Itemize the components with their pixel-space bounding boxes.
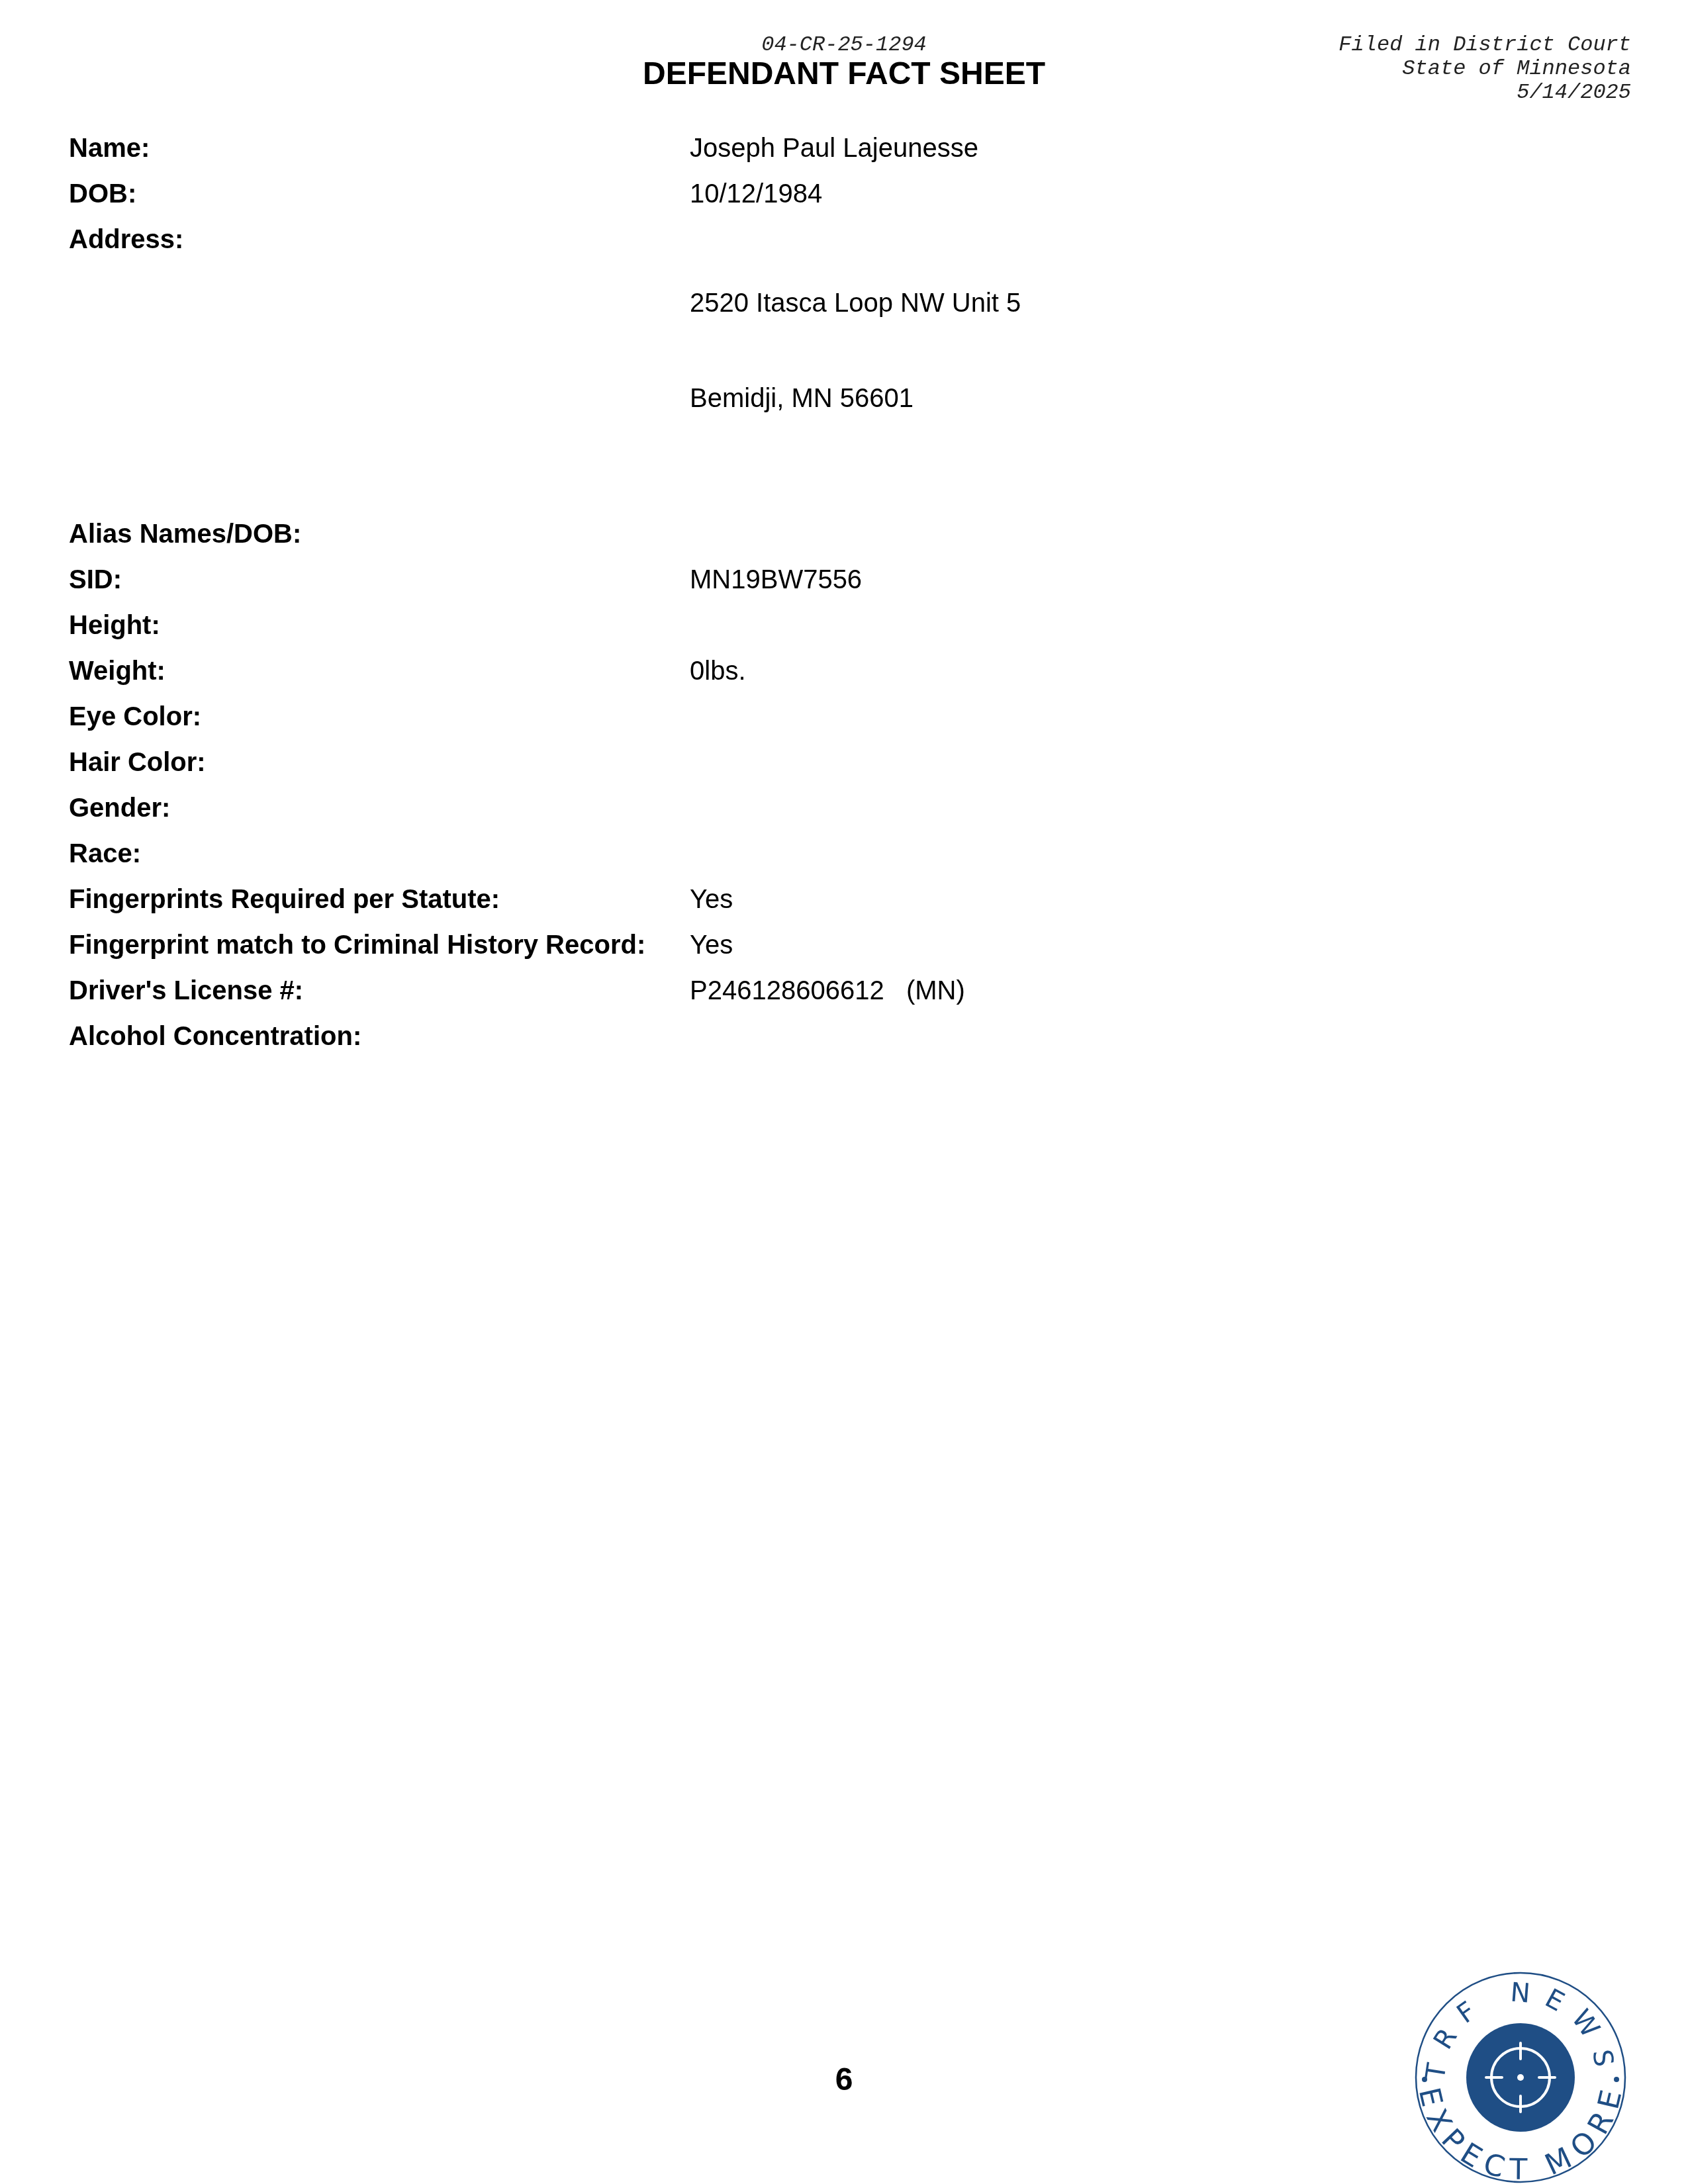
fact-row-race: Race: — [69, 838, 1021, 870]
fact-value: Joseph Paul Lajeunesse — [690, 132, 978, 164]
fact-label: SID: — [69, 564, 690, 596]
fact-row-hair-color: Hair Color: — [69, 747, 1021, 778]
fact-row-drivers-license: Driver's License #: P246128606612 (MN) — [69, 975, 1021, 1007]
filing-date: 5/14/2025 — [1338, 81, 1631, 105]
crosshair-center-dot — [1517, 2074, 1524, 2081]
fact-row-eye-color: Eye Color: — [69, 701, 1021, 733]
fact-label: Hair Color: — [69, 747, 690, 778]
fact-label: Driver's License #: — [69, 975, 690, 1007]
trf-news-logo: TRF NEWS EXPECT MORE — [1413, 1970, 1628, 2184]
address-line-1: 2520 Itasca Loop NW Unit 5 — [690, 287, 1021, 319]
fact-value: 0lbs. — [690, 655, 746, 687]
fact-value: Yes — [690, 884, 733, 915]
fact-label: Eye Color: — [69, 701, 690, 733]
fact-list: Name: Joseph Paul Lajeunesse DOB: 10/12/… — [69, 132, 1021, 1066]
filing-state: State of Minnesota — [1338, 57, 1631, 81]
fact-value: P246128606612 (MN) — [690, 975, 965, 1007]
fact-value: 2520 Itasca Loop NW Unit 5 Bemidji, MN 5… — [690, 224, 1021, 478]
fact-label: Name: — [69, 132, 690, 164]
fact-label: Weight: — [69, 655, 690, 687]
fact-row-fingerprints-required: Fingerprints Required per Statute: Yes — [69, 884, 1021, 915]
fact-label: Fingerprints Required per Statute: — [69, 884, 690, 915]
fact-label: Address: — [69, 224, 690, 255]
address-line-2: Bemidji, MN 56601 — [690, 383, 1021, 414]
fact-label: Gender: — [69, 792, 690, 824]
fact-row-fingerprint-match: Fingerprint match to Criminal History Re… — [69, 929, 1021, 961]
filing-stamp: Filed in District Court State of Minneso… — [1338, 33, 1631, 105]
fact-row-alcohol-concentration: Alcohol Concentration: — [69, 1021, 1021, 1052]
fact-label: Alias Names/DOB: — [69, 518, 690, 550]
fact-value: 10/12/1984 — [690, 178, 822, 210]
fact-label: Alcohol Concentration: — [69, 1021, 690, 1052]
filing-court: Filed in District Court — [1338, 33, 1631, 57]
fact-label: Height: — [69, 610, 690, 641]
fact-row-name: Name: Joseph Paul Lajeunesse — [69, 132, 1021, 164]
fact-row-weight: Weight: 0lbs. — [69, 655, 1021, 687]
fact-row-address: Address: 2520 Itasca Loop NW Unit 5 Bemi… — [69, 224, 1021, 478]
fact-label: Race: — [69, 838, 690, 870]
fact-row-alias: Alias Names/DOB: — [69, 518, 1021, 550]
fact-label: DOB: — [69, 178, 690, 210]
fact-label: Fingerprint match to Criminal History Re… — [69, 929, 690, 961]
fact-row-dob: DOB: 10/12/1984 — [69, 178, 1021, 210]
fact-row-gender: Gender: — [69, 792, 1021, 824]
fact-row-sid: SID: MN19BW7556 — [69, 564, 1021, 596]
fact-row-height: Height: — [69, 610, 1021, 641]
fact-value: MN19BW7556 — [690, 564, 862, 596]
fact-value: Yes — [690, 929, 733, 961]
